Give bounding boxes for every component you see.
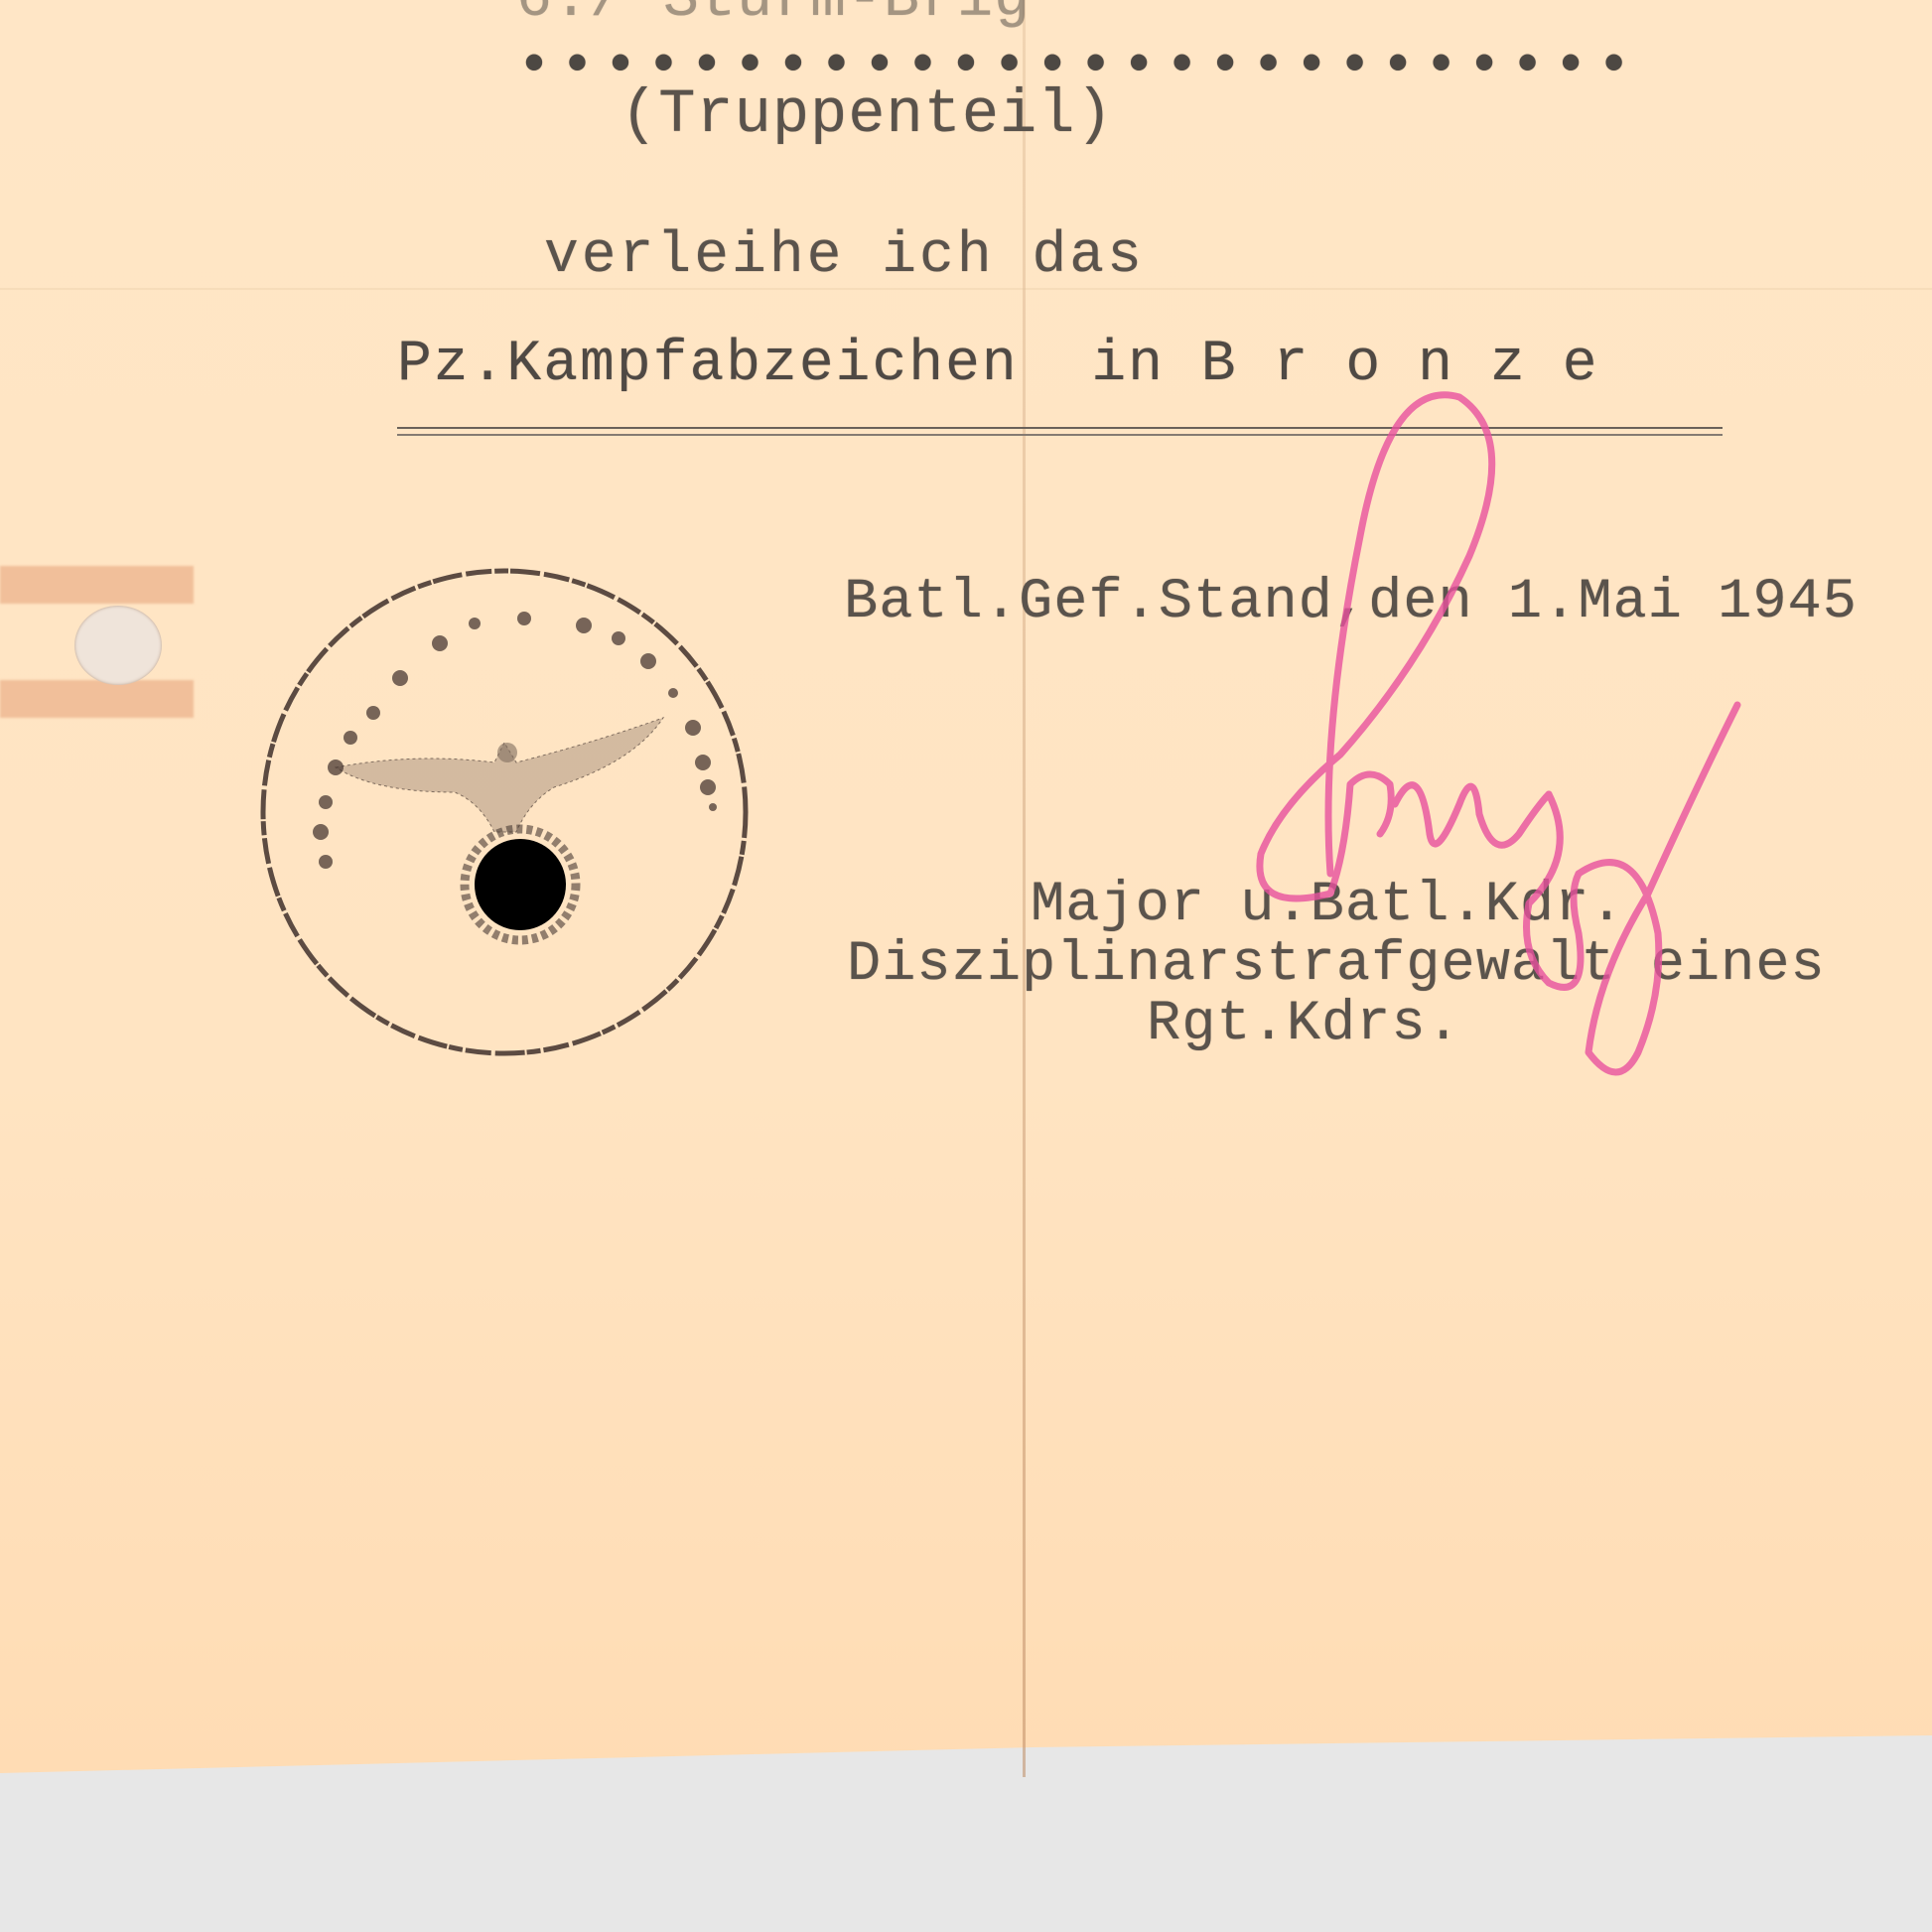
award-phrase: verleihe ich das <box>544 224 1145 289</box>
award-name: Pz.Kampfabzeichen <box>397 333 1019 397</box>
tape-strip-top <box>0 566 194 604</box>
eagle-emblem-icon <box>336 718 663 832</box>
award-line: Pz.Kampfabzeichen in Bronze <box>397 333 1635 397</box>
award-in: in <box>1091 333 1165 397</box>
award-underline <box>397 427 1723 436</box>
top-partial-line: 6./ Sturm-Brig <box>516 0 1031 34</box>
tape-strip-bottom <box>0 680 194 718</box>
signatory-rank: Major u.Batl.Kdr. <box>1031 874 1625 937</box>
signatory-authority-line-2: Rgt.Kdrs. <box>1147 993 1461 1056</box>
censor-dot <box>475 839 566 930</box>
signatory-authority-line-1: Disziplinarstrafgewalt eines <box>847 933 1826 997</box>
unit-label: (Truppenteil) <box>621 79 1114 150</box>
punch-hole <box>74 606 162 685</box>
place-date: Batl.Gef.Stand,den 1.Mai 1945 <box>844 571 1858 634</box>
official-stamp-seal <box>256 564 753 1060</box>
award-grade: Bronze <box>1201 333 1635 397</box>
